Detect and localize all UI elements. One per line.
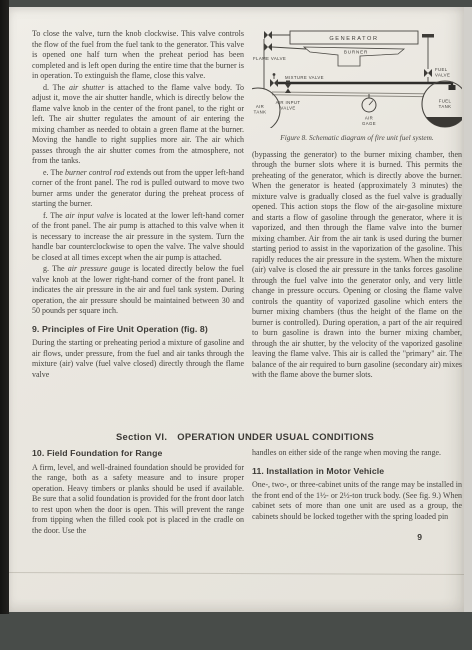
section-title: OPERATION UNDER USUAL CONDITIONS bbox=[177, 431, 374, 442]
paragraph-f: f. The air input valve is located at the… bbox=[32, 211, 244, 264]
scan-right-edge bbox=[464, 7, 472, 612]
air-input-valve-icon bbox=[285, 84, 291, 89]
generator-label: GENERATOR bbox=[329, 36, 378, 42]
paragraph-intro: To close the valve, turn the knob clockw… bbox=[32, 29, 244, 82]
fuel-valve-icon bbox=[424, 69, 428, 77]
figure-8-diagram: GENERATOR BURNER FLAME VALVE FUE bbox=[252, 26, 462, 142]
paragraph-handles: handles on either side of the range when… bbox=[252, 448, 462, 459]
paper-crease bbox=[9, 572, 464, 575]
page-number: 9 bbox=[252, 532, 462, 543]
fuel-tank-label: FUEL bbox=[439, 99, 452, 104]
paragraph-d: d. The air shutter is attached to the fl… bbox=[32, 83, 244, 167]
svg-text:TANK: TANK bbox=[254, 110, 267, 115]
air-gage-label: AIR bbox=[365, 116, 373, 121]
generator-outlet bbox=[422, 34, 434, 38]
air-pipe bbox=[272, 92, 424, 94]
mixture-valve-label: MIXTURE VALVE bbox=[285, 75, 324, 80]
flame-valve-icon bbox=[264, 31, 268, 39]
paragraph-g: g. The air pressure gauge is located dir… bbox=[32, 264, 244, 317]
fuel-valve-label: FUEL bbox=[435, 67, 448, 72]
left-column-top: To close the valve, turn the knob clockw… bbox=[32, 29, 244, 381]
fuel-pipe bbox=[278, 83, 452, 89]
air-tank-label: AIR bbox=[256, 104, 264, 109]
paragraph-e: e. The burner control rod extends out fr… bbox=[32, 168, 244, 210]
scanned-page: To close the valve, turn the knob clockw… bbox=[9, 7, 464, 612]
flame-valve-label: FLAME VALVE bbox=[253, 56, 286, 61]
book-spine-shadow bbox=[0, 0, 9, 614]
right-column-top: GENERATOR BURNER FLAME VALVE FUE bbox=[252, 26, 462, 382]
svg-text:VALVE: VALVE bbox=[435, 73, 450, 78]
section-vi-heading: Section VI.OPERATION UNDER USUAL CONDITI… bbox=[9, 431, 472, 442]
heading-10-field-foundation: 10. Field Foundation for Range bbox=[32, 448, 244, 459]
air-input-valve-label: AIR INPUT bbox=[276, 100, 301, 105]
paragraph-11: One-, two-, or three-cabinet units of th… bbox=[252, 480, 462, 522]
paragraph-continuation: (bypassing the generator) to the burner … bbox=[252, 150, 462, 381]
left-column-bottom: 10. Field Foundation for Range A firm, l… bbox=[32, 448, 244, 537]
tank-fitting bbox=[449, 85, 456, 90]
fuel-system-schematic: GENERATOR BURNER FLAME VALVE FUE bbox=[252, 26, 462, 128]
paragraph-10: A firm, level, and well-drained foundati… bbox=[32, 463, 244, 537]
right-column-bottom: handles on either side of the range when… bbox=[252, 448, 462, 543]
figure-caption: Figure 8. Schematic diagram of fire unit… bbox=[252, 133, 462, 142]
mixture-valve-icon bbox=[270, 79, 274, 87]
svg-text:VALVE: VALVE bbox=[280, 106, 295, 111]
fuel-level bbox=[420, 117, 462, 128]
svg-text:TANK: TANK bbox=[439, 104, 452, 109]
burner-label: BURNER bbox=[344, 50, 368, 55]
svg-text:GAGE: GAGE bbox=[362, 121, 376, 126]
paragraph-9: During the starting or preheating period… bbox=[32, 338, 244, 380]
section-number: Section VI. bbox=[116, 431, 167, 442]
heading-9-principles: 9. Principles of Fire Unit Operation (fi… bbox=[32, 324, 244, 335]
heading-11-installation: 11. Installation in Motor Vehicle bbox=[252, 466, 462, 477]
